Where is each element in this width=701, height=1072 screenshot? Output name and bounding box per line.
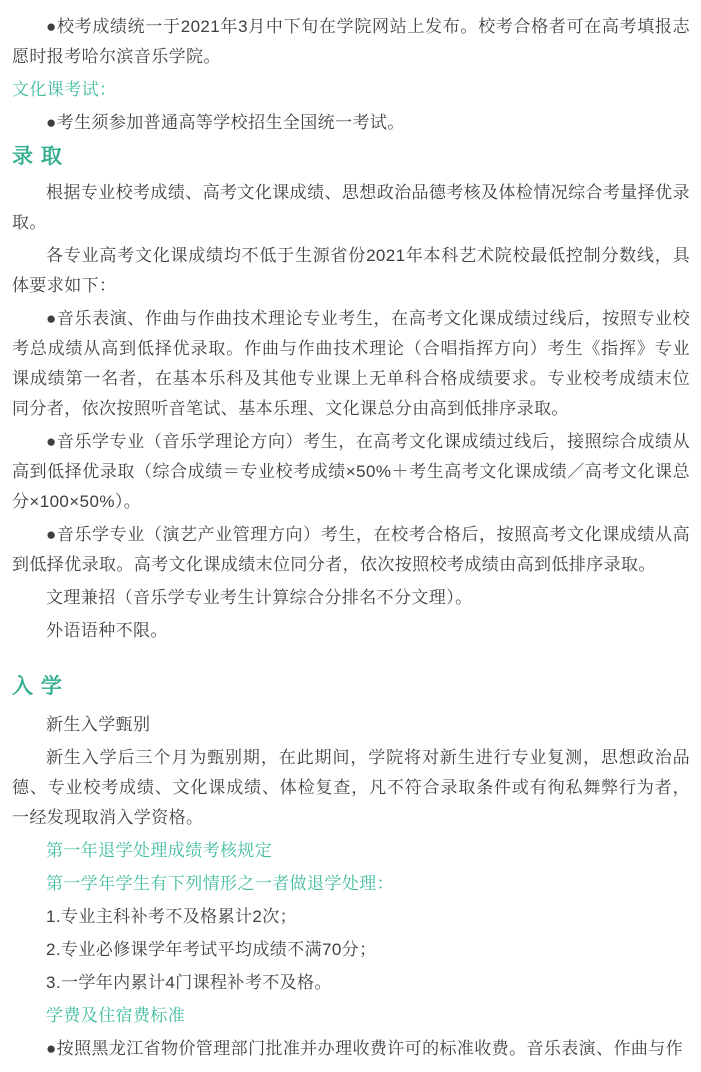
section-heading-admission: 录 取 [12,142,690,172]
paragraph-admission-minimum-line: 各专业高考文化课成绩均不低于生源省份2021年本科艺术院校最低控制分数线，具体要… [12,241,690,301]
list-item-dropout-3: 3.一学年内累计4门课程补考不及格。 [12,968,690,998]
notice-school-exam-results: ●校考成绩统一于2021年3月中下旬在学院网站上发布。校考合格者可在高考填报志愿… [12,12,690,72]
subheading-tuition-standard: 学费及住宿费标准 [12,1001,690,1031]
paragraph-admission-intro: 根据专业校考成绩、高考文化课成绩、思想政治品德考核及体检情况综合考量择优录取。 [12,178,690,238]
rule-music-performance-composition: ●音乐表演、作曲与作曲技术理论专业考生，在高考文化课成绩过线后，按照专业校考总成… [12,304,690,424]
paragraph-screening-title: 新生入学甄别 [12,710,690,740]
subheading-dropout-rule: 第一年退学处理成绩考核规定 [12,836,690,866]
subheading-dropout-conditions: 第一学年学生有下列情形之一者做退学处理： [12,869,690,899]
item-national-exam-requirement: ●考生须参加普通高等学校招生全国统一考试。 [12,108,690,138]
rule-musicology-management: ●音乐学专业（演艺产业管理方向）考生，在校考合格后，按照高考文化课成绩从高到低择… [12,520,690,580]
paragraph-screening-detail: 新生入学后三个月为甄别期，在此期间，学院将对新生进行专业复测，思想政治品德、专业… [12,743,690,833]
document-body: ●校考成绩统一于2021年3月中下旬在学院网站上发布。校考合格者可在高考填报志愿… [0,0,701,1072]
section-heading-enrollment: 入 学 [12,672,690,702]
note-foreign-language: 外语语种不限。 [12,616,690,646]
list-item-dropout-1: 1.专业主科补考不及格累计2次； [12,902,690,932]
rule-musicology-theory: ●音乐学专业（音乐学理论方向）考生，在高考文化课成绩过线后，接照综合成绩从高到低… [12,427,690,517]
item-tuition-pricing: ●按照黑龙江省物价管理部门批准并办理收费许可的标准收费。音乐表演、作曲与作 [12,1034,690,1064]
list-item-dropout-2: 2.专业必修课学年考试平均成绩不满70分； [12,935,690,965]
subheading-culture-exam: 文化课考试： [12,75,690,105]
note-arts-science-mixed: 文理兼招（音乐学专业考生计算综合分排名不分文理）。 [12,583,690,613]
